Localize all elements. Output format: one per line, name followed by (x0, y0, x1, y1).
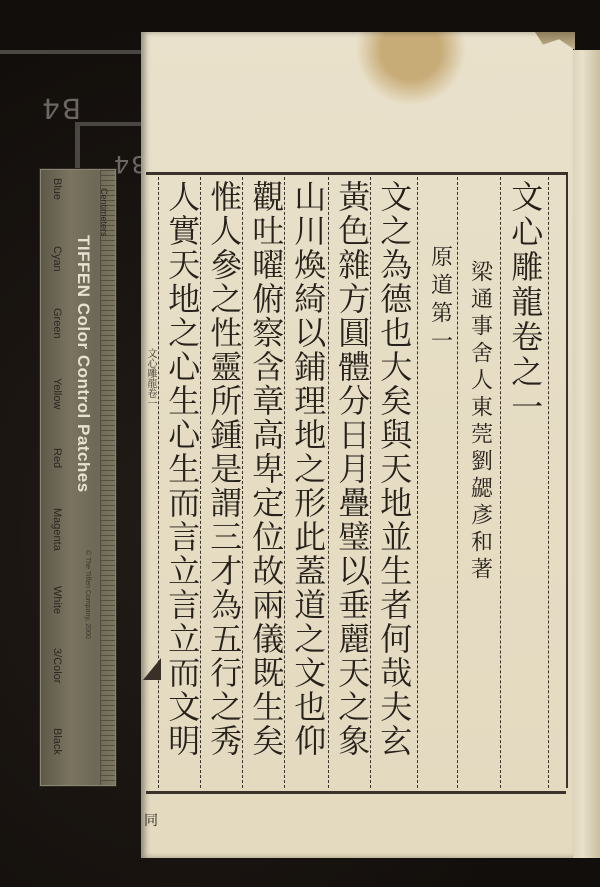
brand-name: TIFFEN (74, 235, 93, 298)
grid-guide-line (75, 122, 80, 172)
text-line: 人實天地之心生心生而言立言立而文明 (165, 180, 199, 758)
book-title-column: 文心雕龍卷之一 (503, 180, 547, 425)
patch-label: Green (51, 308, 63, 339)
patch-label: White (51, 586, 63, 614)
text-column: 黃色雜方圓體分日月疊璧以垂麗天之象 (330, 180, 374, 758)
book-title: 文心雕龍卷之一 (508, 180, 542, 425)
card-title: Color Control Patches (74, 303, 93, 493)
text-line: 觀吐曜俯察含章高卑定位故兩儀既生矣 (249, 180, 283, 758)
grid-guide-line (0, 50, 148, 54)
author-line: 梁通事舍人東莞劉勰彥和著 (469, 260, 492, 584)
grid-label: B4 (40, 92, 81, 125)
units-label: Centimeters (99, 188, 109, 237)
color-calibration-card: Centimeters TIFFEN Color Control Patches… (40, 169, 116, 786)
patch-label: Cyan (51, 246, 63, 272)
text-line: 山川煥綺以鋪理地之形此蓋道之文也仰 (291, 180, 325, 758)
patch-label: Magenta (51, 508, 63, 551)
author-column: 梁通事舍人東莞劉勰彥和著 (458, 260, 502, 584)
column-divider (548, 172, 549, 788)
card-brand: TIFFEN Color Control Patches (73, 235, 93, 493)
patch-label: 3/Color (51, 648, 63, 683)
text-column: 山川煥綺以鋪理地之形此蓋道之文也仰 (286, 180, 330, 758)
text-line: 黃色雜方圓體分日月疊璧以垂麗天之象 (335, 180, 369, 758)
column-divider (158, 172, 159, 788)
fold-mark: 同 (144, 810, 158, 830)
patch-label: Blue (51, 178, 63, 200)
text-column: 觀吐曜俯察含章高卑定位故兩儀既生矣 (244, 180, 288, 758)
patch-label: Red (51, 448, 63, 468)
patch-label: Yellow (51, 378, 63, 409)
fold-title: 文心雕龍卷一 (143, 348, 158, 408)
card-copyright: © The Tiffen Company, 2000 (84, 550, 91, 639)
text-column: 惟人參之性靈所鍾是謂三才為五行之秀 (202, 180, 246, 758)
patch-label: Black (51, 728, 63, 755)
text-line: 惟人參之性靈所鍾是謂三才為五行之秀 (207, 180, 241, 758)
text-line: 文之為德也大矣與天地並生者何哉夫玄 (377, 180, 411, 758)
text-column: 人實天地之心生心生而言立言立而文明 (160, 180, 204, 758)
centimeter-ruler (100, 170, 115, 785)
text-column: 文之為德也大矣與天地並生者何哉夫玄 (372, 180, 416, 758)
chapter-heading: 原道第一 (429, 245, 452, 357)
chapter-column: 原道第一 (418, 245, 462, 357)
frame-border-right (566, 172, 568, 788)
grid-guide-line (75, 122, 148, 126)
